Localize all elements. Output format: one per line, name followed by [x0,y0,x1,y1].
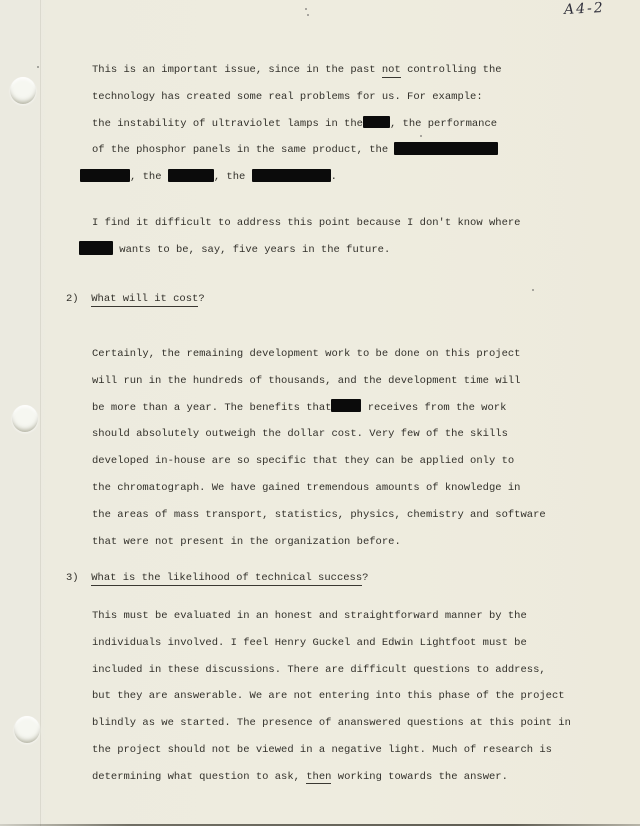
text-line: but they are answerable. We are not ente… [92,683,571,710]
paragraph-4: This must be evaluated in an honest and … [92,603,571,791]
redaction-bar [394,142,498,155]
text-line: developed in-house are so specific that … [92,448,546,475]
redaction-bar [168,169,214,182]
handwritten-annotation: A4-2 [564,0,605,18]
scan-speck [420,135,422,137]
redaction-bar [79,241,113,255]
scan-speck [37,66,39,68]
paragraph-2: I find it difficult to address this poin… [92,210,520,264]
text-line: the areas of mass transport, statistics,… [92,502,546,529]
text-segment: included in these discussions. There are… [92,664,546,676]
punch-hole [10,77,36,104]
punch-hole [12,405,38,432]
text-line: that were not present in the organizatio… [92,529,546,556]
underlined-text: not [382,64,401,78]
text-segment: the areas of mass transport, statistics,… [92,509,546,521]
text-line: , the , the . [80,164,502,191]
redaction-bar [363,116,390,128]
text-line: the project should not be viewed in a ne… [92,737,571,764]
text-segment: , the performance [390,118,497,130]
paragraph-3: Certainly, the remaining development wor… [92,341,546,555]
text-segment: ? [362,572,368,584]
text-segment: will run in the hundreds of thousands, a… [92,375,520,387]
text-segment: ? [198,293,204,305]
text-segment: , the [130,171,168,183]
document-page: A4-2 This is an important issue, since i… [0,0,640,826]
text-line: of the phosphor panels in the same produ… [92,137,502,164]
text-line: be more than a year. The benefits that r… [92,395,546,422]
text-segment: 3) [66,572,91,584]
text-segment: technology has created some real problem… [92,91,483,103]
text-line: 3) What is the likelihood of technical s… [66,565,368,592]
text-segment: This is an important issue, since in the… [92,64,382,76]
punch-hole [14,716,40,743]
text-line: This is an important issue, since in the… [92,57,502,84]
heading-2: 2) What will it cost? [66,286,205,313]
text-segment: receives from the work [361,402,506,414]
text-line: Certainly, the remaining development wor… [92,341,546,368]
text-segment: This must be evaluated in an honest and … [92,610,527,622]
underlined-text: What will it cost [91,293,198,307]
text-line: included in these discussions. There are… [92,657,571,684]
text-line: wants to be, say, five years in the futu… [79,237,520,264]
text-segment: the chromatograph. We have gained tremen… [92,482,520,494]
text-line: should absolutely outweigh the dollar co… [92,421,546,448]
redaction-bar [331,399,361,412]
heading-3: 3) What is the likelihood of technical s… [66,565,368,592]
underlined-text: What is the likelihood of technical succ… [91,572,362,586]
text-segment: Certainly, the remaining development wor… [92,348,520,360]
text-segment: of the phosphor panels in the same produ… [92,144,394,156]
text-line: technology has created some real problem… [92,84,502,111]
redaction-bar [252,169,331,182]
text-segment: individuals involved. I feel Henry Gucke… [92,637,527,649]
text-segment: I find it difficult to address this poin… [92,217,520,229]
paragraph-1: This is an important issue, since in the… [92,57,502,191]
text-segment: determining what question to ask, [92,771,306,783]
text-line: the instability of ultraviolet lamps in … [92,111,502,138]
text-line: This must be evaluated in an honest and … [92,603,571,630]
text-segment: that were not present in the organizatio… [92,536,401,548]
scan-speck [305,8,307,10]
text-segment: the instability of ultraviolet lamps in … [92,118,363,130]
text-segment: but they are answerable. We are not ente… [92,690,565,702]
text-line: the chromatograph. We have gained tremen… [92,475,546,502]
redaction-bar [80,169,130,182]
text-segment: . [331,171,337,183]
text-line: determining what question to ask, then w… [92,764,571,791]
text-line: I find it difficult to address this poin… [92,210,520,237]
text-segment: the project should not be viewed in a ne… [92,744,552,756]
scan-speck [307,14,309,16]
text-segment: controlling the [401,64,502,76]
text-segment: 2) [66,293,91,305]
text-segment: , the [214,171,252,183]
text-segment: wants to be, say, five years in the futu… [113,244,390,256]
underlined-text: then [306,771,331,785]
text-line: individuals involved. I feel Henry Gucke… [92,630,571,657]
text-segment: should absolutely outweigh the dollar co… [92,428,508,440]
paper-crease [40,0,41,826]
text-segment: developed in-house are so specific that … [92,455,514,467]
text-segment: working towards the answer. [331,771,507,783]
text-line: blindly as we started. The presence of a… [92,710,571,737]
scan-speck [532,289,534,291]
text-line: 2) What will it cost? [66,286,205,313]
text-line: will run in the hundreds of thousands, a… [92,368,546,395]
text-segment: be more than a year. The benefits that [92,402,331,414]
text-segment: blindly as we started. The presence of a… [92,717,571,729]
